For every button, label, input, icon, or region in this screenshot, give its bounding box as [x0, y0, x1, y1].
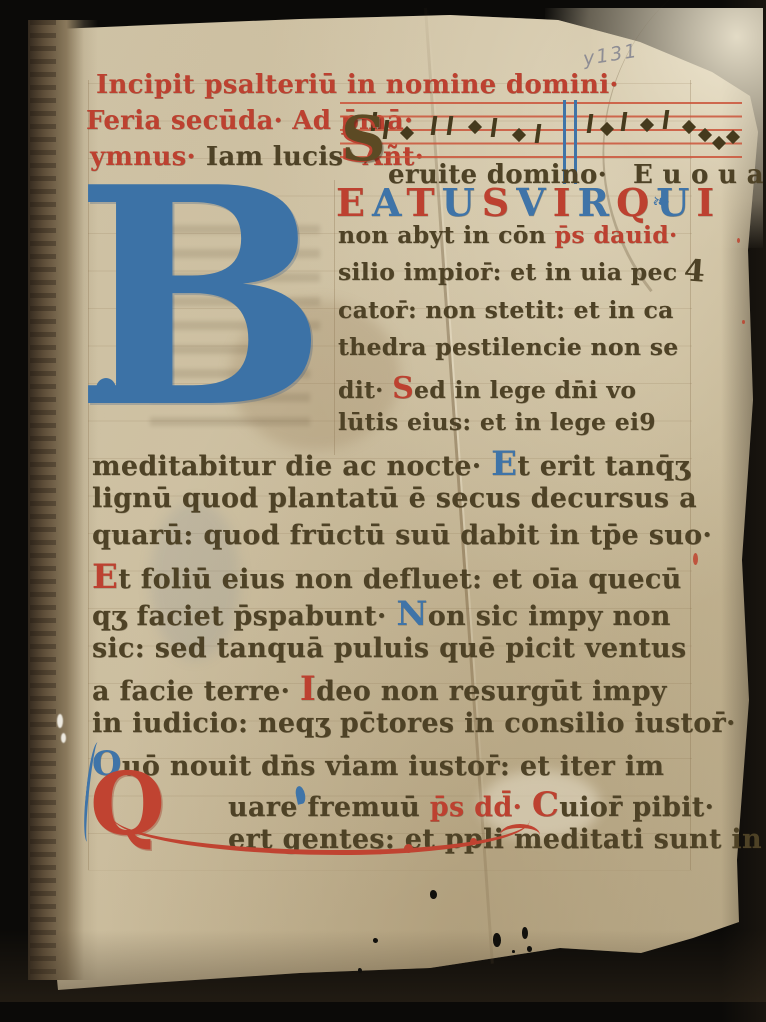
white-paint-chip	[57, 714, 63, 728]
display-letter: S	[482, 180, 516, 225]
text-line: Et foliū eius non defluet: et oīa quecū	[92, 560, 682, 594]
text-line: cator̄: non stetit: et in ca	[338, 299, 674, 323]
text-segment: t foliū eius non defluet: et oīa quecū	[118, 564, 681, 595]
ink-spot	[512, 950, 515, 953]
versal-initial: E	[92, 557, 118, 597]
text-line: meditabitur die ac nocte· Et erit tanq̄ʒ	[92, 447, 690, 481]
red-pigment-speck	[737, 238, 740, 243]
text-line: lūtis eius: et in lege ei9	[338, 411, 656, 435]
text-line: quarū: quod frūctū suū dabit in tp̄e suo…	[92, 522, 712, 549]
text-line: Quō nouit dn̄s viam iustor̄: et iter im	[92, 747, 664, 781]
display-letter: R	[578, 180, 617, 225]
display-letter: Q	[616, 180, 656, 225]
red-pigment-smudge	[693, 553, 698, 565]
text-segment: lūtis eius: et in lege ei9	[338, 408, 656, 436]
ink-spot	[373, 938, 378, 943]
text-segment: t erit tanq̄ʒ	[517, 451, 690, 482]
text-line: qʒ faciet p̄spabunt· Non sic impy non	[92, 597, 671, 631]
rubric-ps-david: p̄s dauid·	[555, 221, 678, 249]
text-segment: thedra pestilencie non se	[338, 333, 679, 361]
versal-initial: N	[396, 594, 427, 634]
display-letter: I	[696, 180, 721, 225]
text-line: lignū quod plantatū ē secus decursus a	[92, 485, 697, 512]
red-pigment-speck	[742, 320, 745, 324]
red-flourish-dot	[404, 844, 413, 853]
text-line: silio impior̄: et in uia pec	[338, 261, 677, 285]
text-segment: ed in lege dn̄i vo	[414, 376, 636, 404]
ink-spot	[522, 927, 528, 939]
text-segment: deo non resurgūt impy	[316, 676, 667, 707]
versal-initial: S	[392, 371, 414, 406]
text-segment: lignū quod plantatū ē secus decursus a	[92, 483, 697, 514]
manuscript-photo: y131 Incipit psalteriū in nomine domini·…	[0, 0, 766, 1022]
text-segment: non abyt in cōn	[338, 221, 555, 249]
text-line: thedra pestilencie non se	[338, 336, 679, 360]
text-line: dit· Sed in lege dn̄i vo	[338, 374, 636, 404]
display-letter: A	[372, 180, 406, 225]
ink-spot	[493, 933, 501, 947]
margin-quire-mark: 4	[683, 253, 706, 289]
text-segment: sic: sed tanquā puluis quē picit ventus	[92, 633, 686, 664]
text-segment: a facie terre·	[92, 676, 300, 707]
versal-initial: C	[532, 785, 559, 825]
display-letter: U	[442, 180, 482, 225]
rubric-incipit: Incipit psalteriū in nomine domini·	[96, 72, 619, 98]
text-segment: uō nouit dn̄s viam iustor̄: et iter im	[122, 751, 664, 782]
illuminated-initial-B: B	[74, 148, 328, 448]
display-letter: V	[516, 180, 552, 225]
text-segment: cator̄: non stetit: et in ca	[338, 296, 674, 324]
red-flourish-dot	[470, 838, 477, 845]
blue-flourish-sprig: ❧	[652, 190, 670, 215]
text-line: non abyt in cōn p̄s dauid·	[338, 224, 677, 248]
text-segment: in iudicio: neqʒ pc̄tores in consilio iu…	[92, 708, 736, 739]
ink-spot	[430, 890, 437, 899]
text-segment: silio impior̄: et in uia pec	[338, 258, 677, 286]
display-letter: I	[553, 180, 578, 225]
text-segment: on sic impy non	[428, 601, 671, 632]
display-letter: T	[406, 180, 441, 225]
text-segment: uior̄ pibit·	[559, 792, 714, 823]
text-line: sic: sed tanquā puluis quē picit ventus	[92, 635, 686, 662]
white-paint-chip	[61, 733, 66, 743]
text-segment: qʒ faciet p̄spabunt·	[92, 601, 396, 632]
versal-initial: I	[300, 669, 316, 709]
ink-spot	[527, 946, 532, 952]
red-flourish-hook	[500, 824, 540, 846]
text-segment: meditabitur die ac nocte·	[92, 451, 491, 482]
ink-spot	[358, 968, 362, 973]
display-letter: E	[336, 180, 372, 225]
text-line: in iudicio: neqʒ pc̄tores in consilio iu…	[92, 710, 736, 737]
text-line: a facie terre· Ideo non resurgūt impy	[92, 672, 667, 706]
initial-S-servite: S	[341, 108, 386, 170]
text-segment: quarū: quod frūctū suū dabit in tp̄e suo…	[92, 520, 712, 551]
blue-punctus-dot	[96, 378, 116, 400]
versal-initial: E	[491, 444, 517, 484]
text-segment: dit·	[338, 376, 392, 404]
